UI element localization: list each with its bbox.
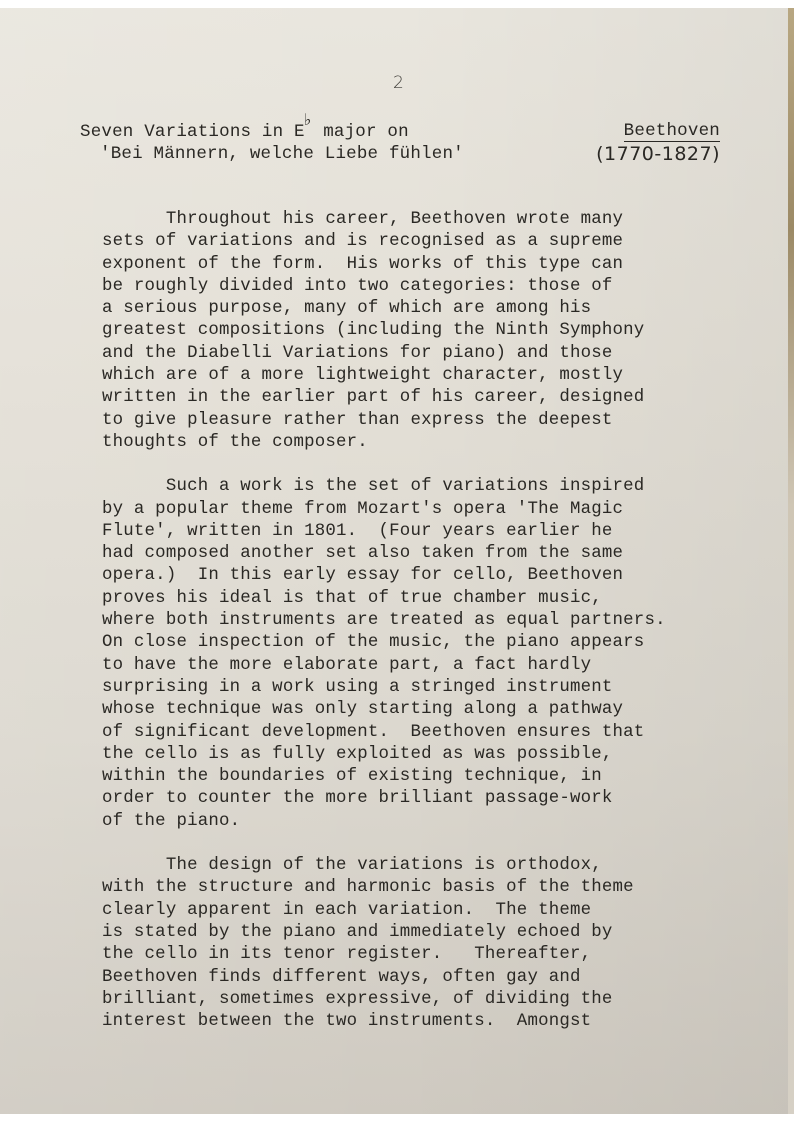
text-line: had composed another set also taken from… [102,544,623,563]
text-line: the cello in its tenor register. Thereaf… [102,945,591,964]
text-line: the cello is as fully exploited as was p… [102,745,613,764]
text-line: brilliant, sometimes expressive, of divi… [102,990,613,1009]
text-line: by a popular theme from Mozart's opera '… [102,500,623,519]
page-edge-shadow [788,8,794,1114]
text-line: of significant development. Beethoven en… [102,723,644,742]
text-line: Flute', written in 1801. (Four years ear… [102,522,613,541]
text-line: Beethoven finds different ways, often ga… [102,968,581,987]
text-line: written in the earlier part of his caree… [102,388,644,407]
text-line: of the piano. [102,812,240,831]
composer-name: Beethoven [624,122,720,142]
text-line: interest between the two instruments. Am… [102,1012,591,1031]
text-line: is stated by the piano and immediately e… [102,923,613,942]
text-line: with the structure and harmonic basis of… [102,878,634,897]
text-line: be roughly divided into two categories: … [102,277,613,296]
text-line: On close inspection of the music, the pi… [102,633,644,652]
typewritten-page: 2 Seven Variations in E♭ major on 'Bei M… [0,8,788,1114]
text-line: exponent of the form. His works of this … [102,255,623,274]
text-line: greatest compositions (including the Nin… [102,321,644,340]
text-line: surprising in a work using a stringed in… [102,678,613,697]
text-line: sets of variations and is recognised as … [102,232,623,251]
text-line: thoughts of the composer. [102,433,368,452]
composer-dates: (1770-1827) [596,143,720,165]
work-title-line1: Seven Variations in E♭ major on [80,122,409,142]
text-line: within the boundaries of existing techni… [102,767,602,786]
text-line: order to counter the more brilliant pass… [102,789,613,808]
document-photo: 2 Seven Variations in E♭ major on 'Bei M… [0,8,794,1114]
text-line: where both instruments are treated as eq… [102,611,666,630]
text-line: opera.) In this early essay for cello, B… [102,566,623,585]
flat-symbol-icon: ♭ [304,110,312,129]
page-number: 2 [393,73,404,93]
work-title: Seven Variations in E♭ major on 'Bei Män… [80,120,464,165]
paragraph-1: Throughout his career, Beethoven wrote m… [102,209,742,454]
paragraph-3: The design of the variations is orthodox… [102,855,742,1033]
text-line: and the Diabelli Variations for piano) a… [102,344,613,363]
text-line: to give pleasure rather than express the… [102,411,613,430]
text-line: to have the more elaborate part, a fact … [102,656,591,675]
paragraph-2: Such a work is the set of variations ins… [102,476,742,833]
text-line: Throughout his career, Beethoven wrote m… [102,210,623,229]
work-title-line2: 'Bei Männern, welche Liebe fühlen' [80,143,464,165]
text-line: which are of a more lightweight characte… [102,366,623,385]
text-line: Such a work is the set of variations ins… [102,477,644,496]
text-line: clearly apparent in each variation. The … [102,901,591,920]
text-line: The design of the variations is orthodox… [102,856,602,875]
text-line: proves his ideal is that of true chamber… [102,589,602,608]
composer-block: Beethoven (1770-1827) [596,120,720,165]
body-text: Throughout his career, Beethoven wrote m… [102,209,742,1055]
text-line: a serious purpose, many of which are amo… [102,299,591,318]
text-line: whose technique was only starting along … [102,700,623,719]
